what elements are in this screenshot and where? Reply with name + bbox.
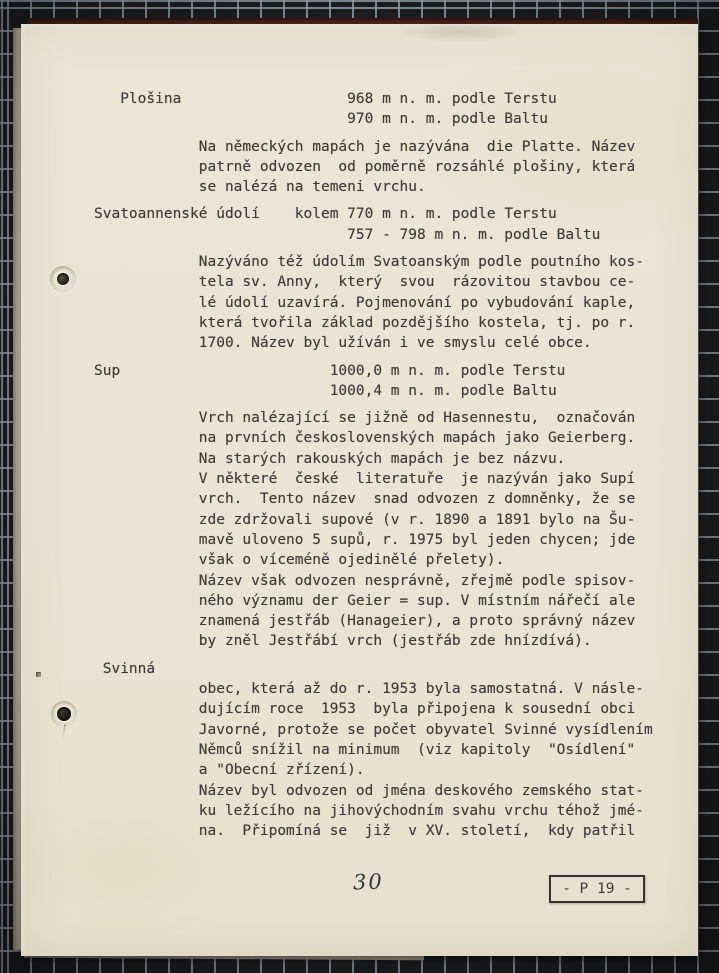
typed-line: Svinná: [94, 659, 653, 679]
typed-line: Název však odvozen nesprávně, zřejmě pod…: [94, 571, 653, 591]
page-stamp-label: - P 19 -: [562, 881, 632, 897]
typed-line: mavě uloveno 5 supů, r. 1975 byl jeden c…: [94, 530, 653, 550]
typed-line: Na německých mapách je nazývána die Plat…: [94, 137, 653, 157]
typed-line: tela sv. Anny, který svou rázovitou stav…: [94, 272, 653, 292]
typed-line: 970 m n. m. podle Baltu: [94, 109, 653, 129]
typed-line: která tvořila základ pozdějšího kostela,…: [94, 313, 653, 333]
typed-line: 757 - 798 m n. m. podle Baltu: [94, 225, 653, 245]
typed-line: obec, která až do r. 1953 byla samostatn…: [94, 679, 653, 699]
typed-line: se nalézá na temeni vrchu.: [94, 177, 653, 197]
paragraph: Svatoannenské údolí kolem 770 m n. m. po…: [94, 204, 653, 245]
typed-line: Javorné, protože se počet obyvatel Svinn…: [94, 720, 653, 740]
typed-line: však o víceméně ojedinělé přelety).: [94, 550, 653, 570]
typed-line: zde zdržovali supové (v r. 1890 a 1891 b…: [94, 510, 653, 530]
typed-line: Svatoannenské údolí kolem 770 m n. m. po…: [94, 204, 653, 224]
typed-line: patrně odvozen od poměrně rozsáhlé ploši…: [94, 157, 653, 177]
typed-line: 1000,4 m n. m. podle Baltu: [94, 381, 653, 401]
typed-line: Vrch nalézající se jižně od Hasennestu, …: [94, 408, 653, 428]
paragraph: Na německých mapách je nazývána die Plat…: [94, 137, 653, 198]
typed-line: Němců snížil na minimum (viz kapitoly "O…: [94, 740, 653, 760]
typed-line: ku ležícího na jihovýchodním svahu vrchu…: [94, 801, 653, 821]
typed-line: Na starých rakouských mapách je bez názv…: [94, 449, 653, 469]
punch-hole-top-core: [57, 273, 69, 285]
typed-line: Plošina 968 m n. m. podle Terstu: [94, 89, 653, 109]
typed-line: znamená jestřáb (Hanageier), a proto spr…: [94, 611, 653, 631]
typed-line: Název byl odvozen od jména deskového zem…: [94, 781, 653, 801]
typed-line: vrch. Tento název snad odvozen z domněnk…: [94, 489, 653, 509]
typed-line: a "Obecní zřízení).: [94, 760, 653, 780]
paragraph: Sup 1000,0 m n. m. podle Terstu 1000,4 m…: [94, 361, 653, 402]
typed-text: Plošina 968 m n. m. podle Terstu 970 m n…: [94, 89, 653, 841]
punch-hole-top: [50, 266, 76, 292]
scanner-background: Plošina 968 m n. m. podle Terstu 970 m n…: [0, 0, 719, 973]
paragraph: Svinná obec, která až do r. 1953 byla sa…: [94, 659, 653, 842]
typed-line: Sup 1000,0 m n. m. podle Terstu: [94, 361, 653, 381]
punch-hole-bottom-core: [57, 707, 71, 721]
page-stamp-box: - P 19 -: [549, 875, 645, 903]
typed-line: dujícím roce 1953 byla připojena k souse…: [94, 699, 653, 719]
typed-line: V některé české literatuře je nazýván ja…: [94, 469, 653, 489]
typed-line: na prvních československých mapách jako …: [94, 428, 653, 448]
typed-line: Nazýváno též údolím Svatoanským podle po…: [94, 252, 653, 272]
typed-line: by zněl Jestřábí vrch (jestřáb zde hnízd…: [94, 631, 653, 651]
paragraph: Plošina 968 m n. m. podle Terstu 970 m n…: [94, 89, 653, 130]
typed-line: ného významu der Geier = sup. V místním …: [94, 591, 653, 611]
typed-line: na. Připomíná se již v XV. století, kdy …: [94, 821, 653, 841]
paragraph: Vrch nalézající se jižně od Hasennestu, …: [94, 408, 653, 652]
typed-line: 1700. Název byl užíván i ve smyslu celé …: [94, 333, 653, 353]
paper-speck: [36, 672, 41, 677]
handwritten-page-number: 30: [353, 869, 385, 894]
paper-sheet: Plošina 968 m n. m. podle Terstu 970 m n…: [21, 24, 698, 956]
typed-line: lé údolí uzavírá. Pojmenování po vybudov…: [94, 293, 653, 313]
paragraph: Nazýváno též údolím Svatoanským podle po…: [94, 252, 653, 353]
